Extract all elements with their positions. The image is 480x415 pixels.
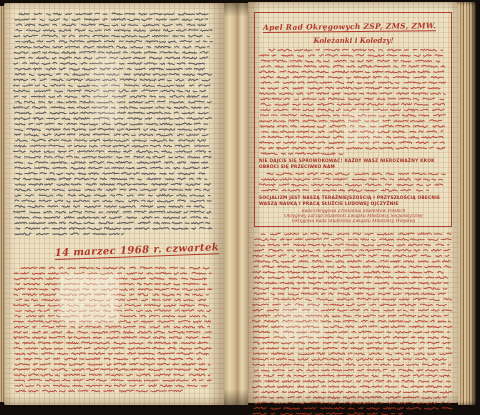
appeal-slogan-caps: SOCJALIZM JEST NASZĄ TERAŹNIEJSZOŚCIĄ I … (259, 196, 448, 207)
appeal-signatures: Rada Okręgowa Zrzeszenia Studentów Polsk… (259, 209, 448, 224)
diary-photo: 14 marzec 1968 r. czwartek Apel Rad Okrę… (0, 0, 480, 415)
appeal-salutation: Koleżanki i Koledzy! (259, 36, 448, 45)
signature-line: Okręgowa Rada Studencka Związku Młodzież… (259, 219, 448, 224)
diary-right-page: Apel Rad Okręgowych ZSP, ZMS, ZMW. Koleż… (248, 2, 458, 403)
page-stack-right-edge (458, 2, 476, 405)
appeal-body-text (259, 47, 448, 158)
notebook-gutter-fold (224, 3, 248, 405)
handwritten-entry-red (13, 265, 214, 396)
appeal-title: Apel Rad Okręgowych ZSP, ZMS, ZMW. (263, 21, 436, 33)
appeal-body-text-2 (259, 171, 448, 195)
right-page-content: Apel Rad Okręgowych ZSP, ZMS, ZMW. Koleż… (248, 2, 458, 415)
appeal-warning-caps: NIE DAJCIE SIĘ SPROWOKOWAĆ! KAŻDY WASZ N… (259, 159, 448, 170)
handwritten-commentary-red (252, 231, 454, 415)
appeal-framed-box: Apel Rad Okręgowych ZSP, ZMS, ZMW. Koleż… (254, 12, 452, 227)
handwritten-entry-blue (13, 11, 214, 239)
left-page-content: 14 marzec 1968 r. czwartek (4, 3, 224, 396)
diary-left-page: 14 marzec 1968 r. czwartek (4, 3, 224, 405)
date-heading: 14 marzec 1968 r. czwartek (55, 242, 220, 260)
